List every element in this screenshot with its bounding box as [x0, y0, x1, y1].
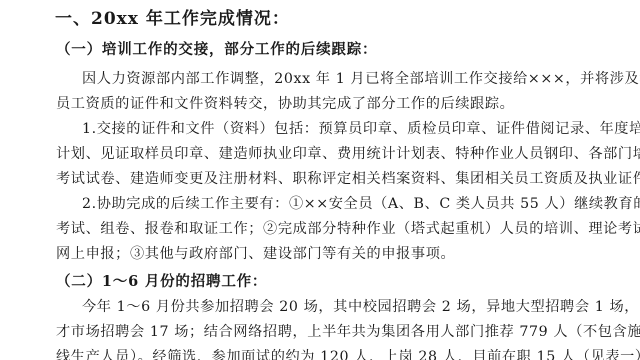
paragraph-line: 才市场招聘会 17 场；结合网络招聘，上半年共为集团各用人部门推荐 779 人（… — [56, 321, 640, 341]
section-1-title: （一）培训工作的交接，部分工作的后续跟踪： — [56, 38, 377, 59]
paragraph-line: 考试、组卷、报卷和取证工作；②完成部分特种作业（塔式起重机）人员的培训、理论考试… — [56, 218, 640, 238]
paragraph-line: 考试试卷、建造师变更及注册材料、职称评定相关档案资料、集团相关员工资质及执业证件… — [56, 168, 640, 188]
paragraph-line: 2.协助完成的后续工作主要有：①××安全员（A、B、C 类人员共 55 人）继续… — [82, 193, 640, 213]
section-2-title: （二）1～6 月份的招聘工作： — [56, 270, 267, 291]
paragraph-line: 线生产人员）。经筛选，参加面试的约为 120 人，上岗 28 人，目前在职 15… — [56, 346, 640, 360]
paragraph-line: 计划、见证取样员印章、建造师执业印章、费用统计计划表、特种作业人员钢印、各部门培… — [56, 143, 640, 163]
paragraph-line: 今年 1～6 月份共参加招聘会 20 场，其中校园招聘会 2 场，异地大型招聘会… — [82, 296, 640, 316]
document-page: 一、20xx 年工作完成情况： （一）培训工作的交接，部分工作的后续跟踪： 因人… — [0, 0, 640, 360]
paragraph-line: 员工资质的证件和文件资料转交，协助其完成了部分工作的后续跟踪。 — [56, 93, 514, 113]
paragraph-line: 1.交接的证件和文件（资料）包括：预算员印章、质检员印章、证件借阅记录、年度培训 — [82, 118, 640, 138]
paragraph-line: 网上申报；③其他与政府部门、建设部门等有关的申报事项。 — [56, 243, 455, 263]
heading-work-completion: 一、20xx 年工作完成情况： — [55, 4, 290, 29]
paragraph-line: 因人力资源部内部工作调整，20xx 年 1 月已将全部培训工作交接给×××，并将… — [82, 68, 640, 88]
